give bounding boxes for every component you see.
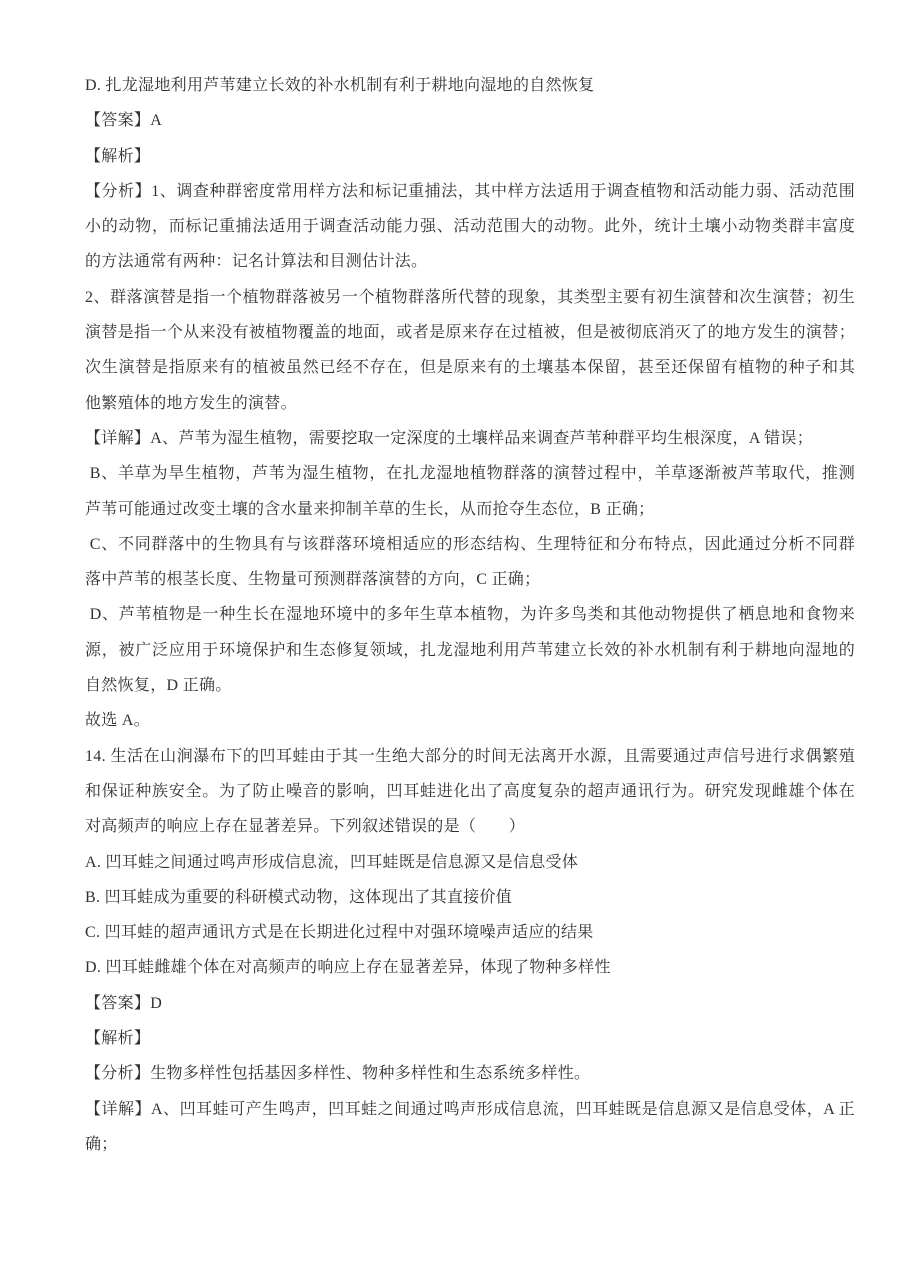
text-line: D. 扎龙湿地利用芦苇建立长效的补水机制有利于耕地向湿地的自然恢复 — [85, 68, 855, 103]
text-line: 2、群落演替是指一个植物群落被另一个植物群落所代替的现象，其类型主要有初生演替和… — [85, 280, 855, 315]
text-line: B. 凹耳蛙成为重要的科研模式动物，这体现出了其直接价值 — [85, 880, 855, 915]
q14-option-c: C. 凹耳蛙的超声通讯方式是在长期进化过程中对强环境噪声适应的结果 — [85, 915, 855, 950]
text-line: C. 凹耳蛙的超声通讯方式是在长期进化过程中对强环境噪声适应的结果 — [85, 915, 855, 950]
text-line: 落中芦苇的根茎长度、生物量可预测群落演替的方向，C 正确； — [85, 562, 855, 597]
text-line: 【解析】 — [85, 1021, 855, 1056]
q14-jiexi-label: 【解析】 — [85, 1021, 855, 1056]
text-line: 【分析】生物多样性包括基因多样性、物种多样性和生态系统多样性。 — [85, 1056, 855, 1091]
text-line: D、芦苇植物是一种生长在湿地环境中的多年生草本植物，为许多鸟类和其他动物提供了栖… — [85, 597, 855, 632]
text-line: D. 凹耳蛙雌雄个体在对高频声的响应上存在显著差异，体现了物种多样性 — [85, 950, 855, 985]
text-line: 次生演替是指原来有的植被虽然已经不存在，但是原来有的土壤基本保留，甚至还保留有植… — [85, 350, 855, 385]
text-line: 自然恢复，D 正确。 — [85, 668, 855, 703]
q14-xiangjie-option-a: 【详解】A、凹耳蛙可产生鸣声，凹耳蛙之间通过鸣声形成信息流，凹耳蛙既是信息源又是… — [85, 1092, 855, 1163]
document-page: D. 扎龙湿地利用芦苇建立长效的补水机制有利于耕地向湿地的自然恢复【答案】A【解… — [0, 0, 900, 1273]
q13-xiangjie-option-a: 【详解】A、芦苇为湿生植物，需要挖取一定深度的土壤样品来调查芦苇种群平均生根深度… — [85, 421, 855, 456]
q13-jiexi-label: 【解析】 — [85, 139, 855, 174]
text-line: 【分析】1、调查种群密度常用样方法和标记重捕法，其中样方法适用于调查植物和活动能… — [85, 174, 855, 209]
text-line: 演替是指一个从来没有被植物覆盖的地面，或者是原来存在过植被，但是被彻底消灭了的地… — [85, 315, 855, 350]
q14-option-a: A. 凹耳蛙之间通过鸣声形成信息流，凹耳蛙既是信息源又是信息受体 — [85, 845, 855, 880]
text-line: 【答案】A — [85, 103, 855, 138]
text-line: B、羊草为旱生植物，芦苇为湿生植物，在扎龙湿地植物群落的演替过程中，羊草逐渐被芦… — [85, 456, 855, 491]
text-line: 14. 生活在山涧瀑布下的凹耳蛙由于其一生绝大部分的时间无法离开水源，且需要通过… — [85, 739, 855, 774]
text-line: 【详解】A、芦苇为湿生植物，需要挖取一定深度的土壤样品来调查芦苇种群平均生根深度… — [85, 421, 855, 456]
q13-conclusion: 故选 A。 — [85, 703, 855, 738]
text-line: 的方法通常有两种：记名计算法和目测估计法。 — [85, 244, 855, 279]
text-line: 他繁殖体的地方发生的演替。 — [85, 386, 855, 421]
text-line: 确； — [85, 1127, 855, 1162]
q14-answer: 【答案】D — [85, 986, 855, 1021]
q14-fenxi: 【分析】生物多样性包括基因多样性、物种多样性和生态系统多样性。 — [85, 1056, 855, 1091]
q13-xiangjie-option-d: D、芦苇植物是一种生长在湿地环境中的多年生草本植物，为许多鸟类和其他动物提供了栖… — [85, 597, 855, 703]
q13-xiangjie-option-c: C、不同群落中的生物具有与该群落环境相适应的形态结构、生理特征和分布特点，因此通… — [85, 527, 855, 598]
q14-option-d: D. 凹耳蛙雌雄个体在对高频声的响应上存在显著差异，体现了物种多样性 — [85, 950, 855, 985]
q14-option-b: B. 凹耳蛙成为重要的科研模式动物，这体现出了其直接价值 — [85, 880, 855, 915]
q13-option-d: D. 扎龙湿地利用芦苇建立长效的补水机制有利于耕地向湿地的自然恢复 — [85, 68, 855, 103]
text-line: 对高频声的响应上存在显著差异。下列叙述错误的是（ ） — [85, 809, 855, 844]
q13-xiangjie-option-b: B、羊草为旱生植物，芦苇为湿生植物，在扎龙湿地植物群落的演替过程中，羊草逐渐被芦… — [85, 456, 855, 527]
q14-stem: 14. 生活在山涧瀑布下的凹耳蛙由于其一生绝大部分的时间无法离开水源，且需要通过… — [85, 739, 855, 845]
text-line: 芦苇可能通过改变土壤的含水量来抑制羊草的生长，从而抢夺生态位，B 正确； — [85, 492, 855, 527]
document-content: D. 扎龙湿地利用芦苇建立长效的补水机制有利于耕地向湿地的自然恢复【答案】A【解… — [85, 68, 855, 1162]
q13-fenxi-paragraph-1: 【分析】1、调查种群密度常用样方法和标记重捕法，其中样方法适用于调查植物和活动能… — [85, 174, 855, 280]
text-line: 和保证种族安全。为了防止噪音的影响，凹耳蛙进化出了高度复杂的超声通讯行为。研究发… — [85, 774, 855, 809]
text-line: C、不同群落中的生物具有与该群落环境相适应的形态结构、生理特征和分布特点，因此通… — [85, 527, 855, 562]
text-line: 故选 A。 — [85, 703, 855, 738]
q13-answer: 【答案】A — [85, 103, 855, 138]
text-line: 【解析】 — [85, 139, 855, 174]
text-line: 【答案】D — [85, 986, 855, 1021]
text-line: A. 凹耳蛙之间通过鸣声形成信息流，凹耳蛙既是信息源又是信息受体 — [85, 845, 855, 880]
text-line: 【详解】A、凹耳蛙可产生鸣声，凹耳蛙之间通过鸣声形成信息流，凹耳蛙既是信息源又是… — [85, 1092, 855, 1127]
q13-fenxi-paragraph-2: 2、群落演替是指一个植物群落被另一个植物群落所代替的现象，其类型主要有初生演替和… — [85, 280, 855, 421]
text-line: 小的动物，而标记重捕法适用于调查活动能力强、活动范围大的动物。此外，统计土壤小动… — [85, 209, 855, 244]
text-line: 源，被广泛应用于环境保护和生态修复领域，扎龙湿地利用芦苇建立长效的补水机制有利于… — [85, 633, 855, 668]
